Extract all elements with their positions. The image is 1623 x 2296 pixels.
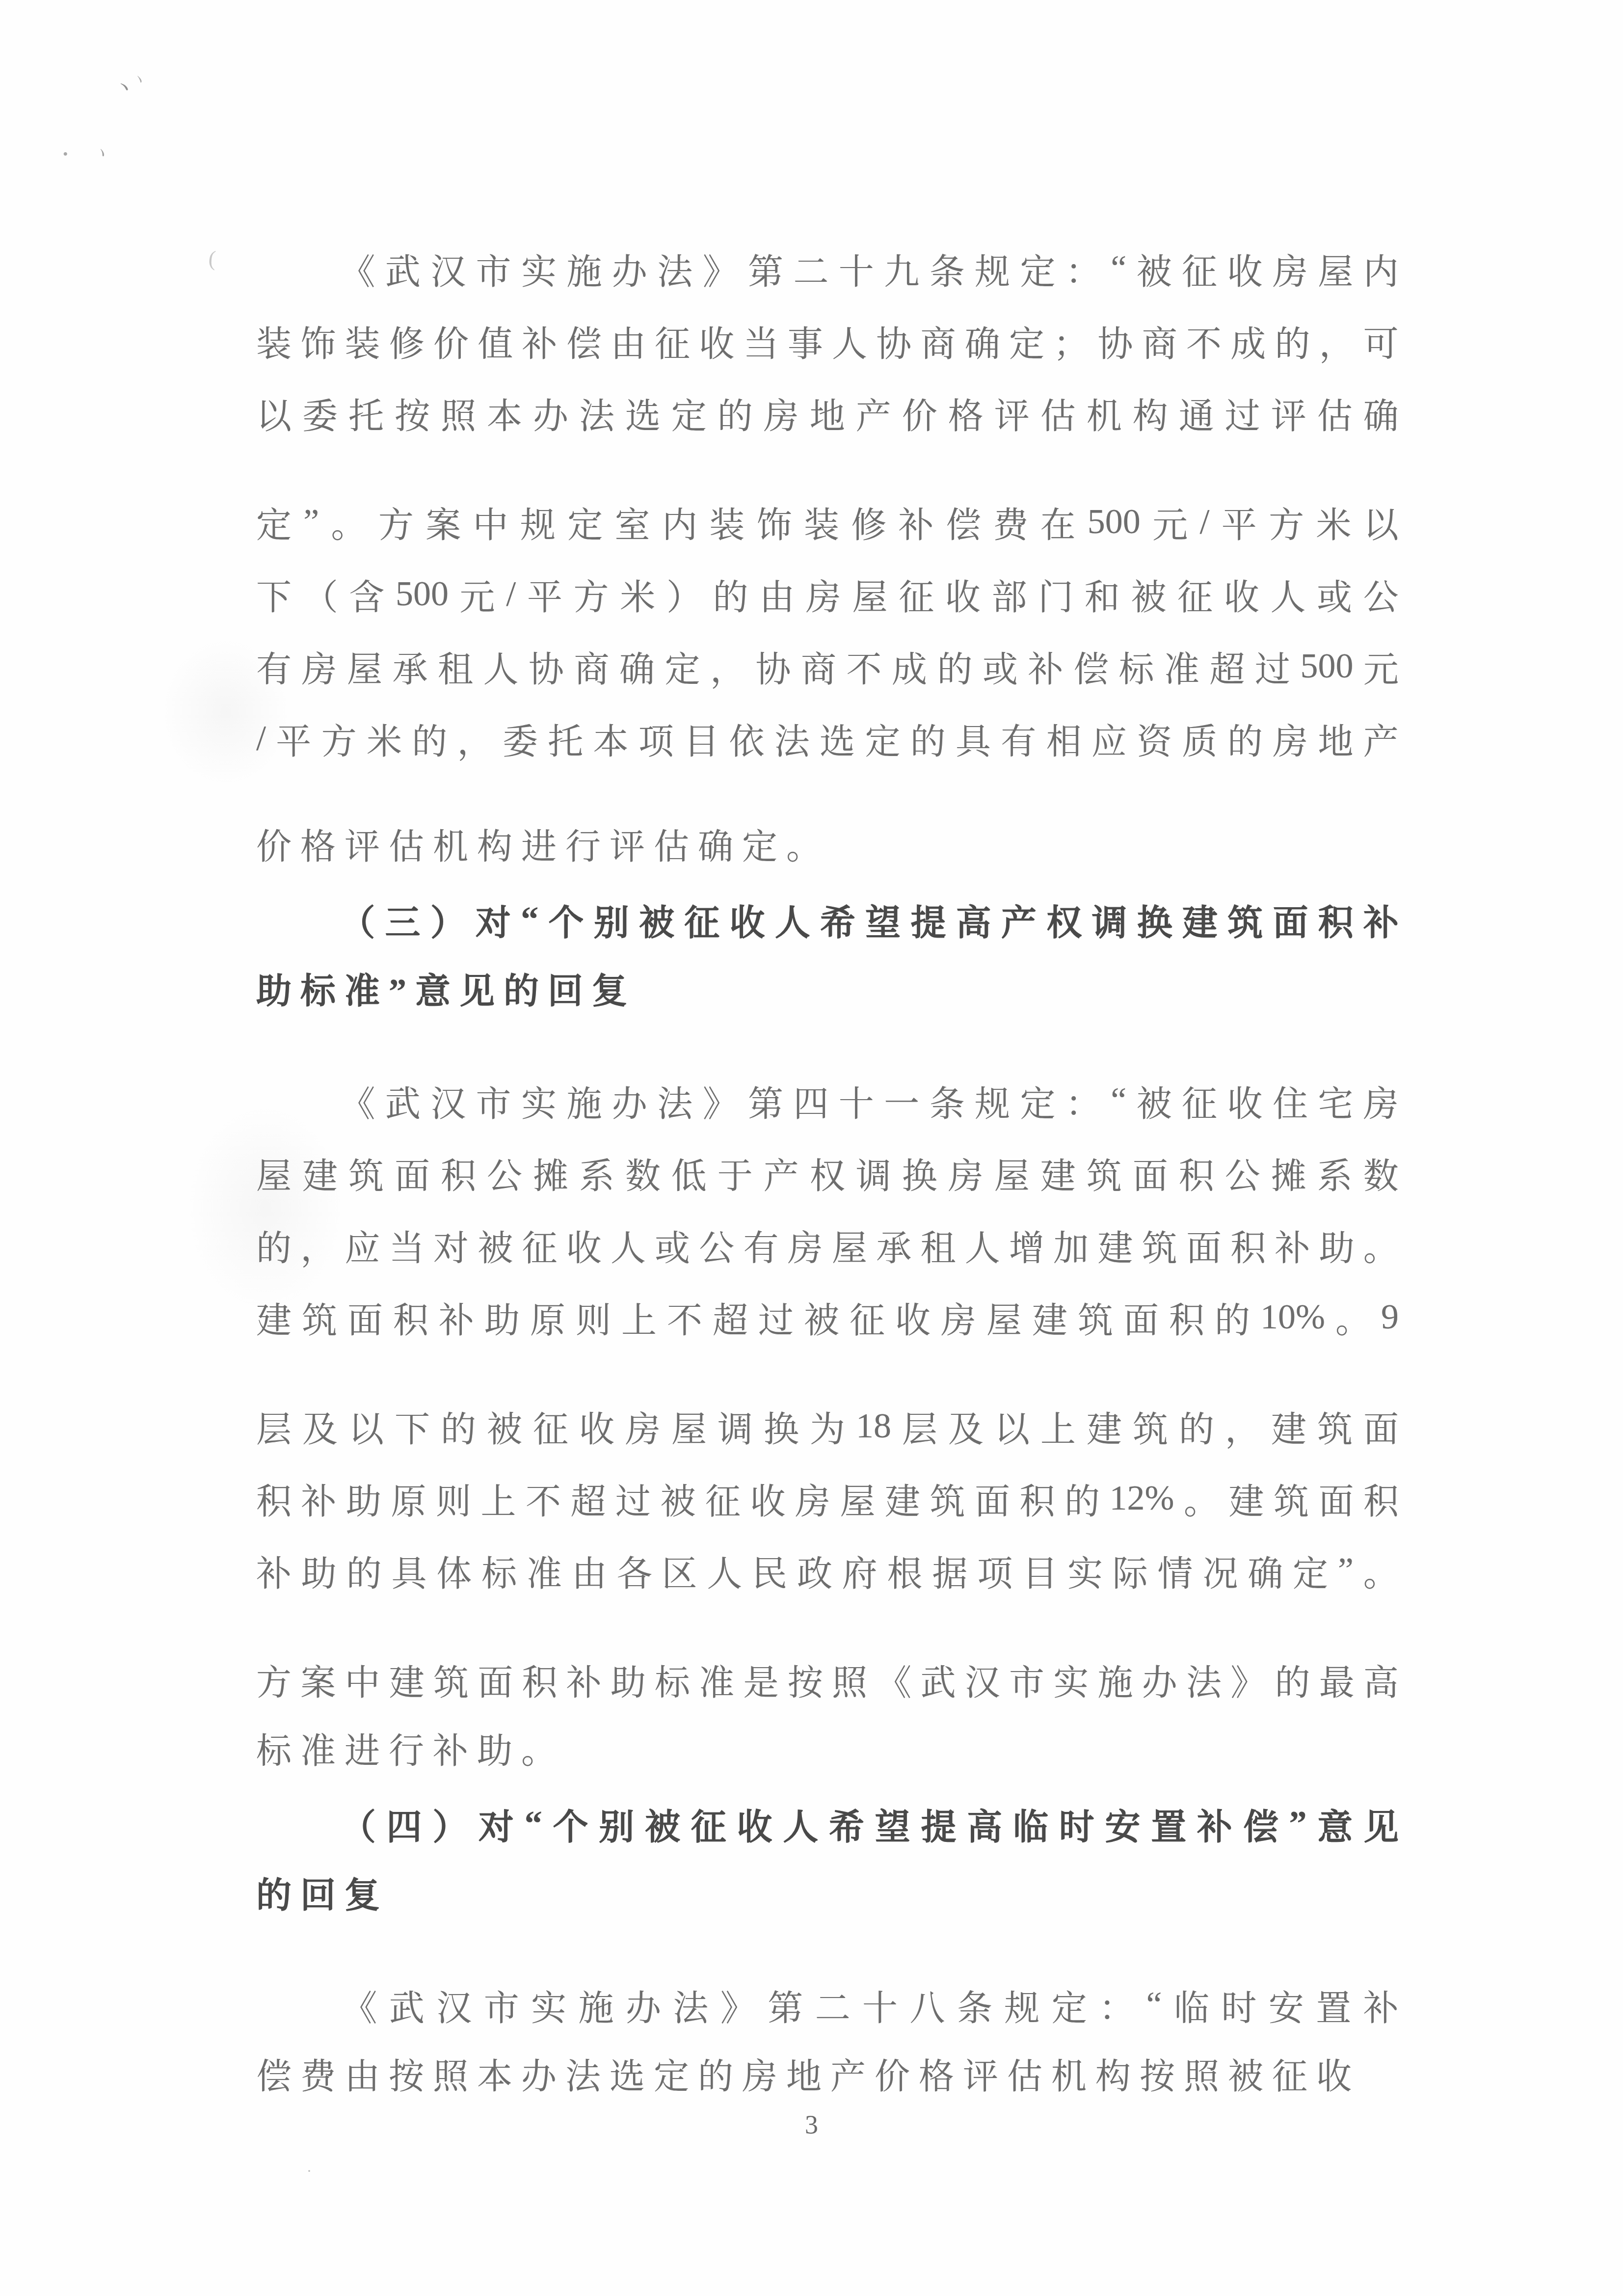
scan-speck: ヽ	[91, 143, 112, 164]
heading-line: （四）对“个别被征收人希望提高临时安置补偿”意见	[256, 1787, 1399, 1860]
heading-line: 的回复	[256, 1860, 1399, 1932]
scan-speck: (	[208, 248, 216, 270]
body-line: 建筑面积补助原则上不超过被征收房屋建筑面积的10%。9	[256, 1281, 1399, 1353]
scan-speck: •	[63, 147, 68, 162]
body-line: 以委托按照本办法选定的房地产价格评估机构通过评估确	[256, 377, 1399, 449]
body-line: 《武汉市实施办法》第四十一条规定：“被征收住宅房	[256, 1064, 1399, 1136]
body-line: 层及以下的被征收房屋调换为18层及以上建筑的，建筑面	[256, 1390, 1399, 1462]
body-line: 屋建筑面积公摊系数低于产权调换房屋建筑面积公摊系数	[256, 1136, 1399, 1209]
body-line: 《武汉市实施办法》第二十九条规定：“被征收房屋内	[256, 232, 1399, 304]
body-line: 的，应当对被征收人或公有房屋承租人增加建筑面积补助。	[256, 1209, 1399, 1281]
text-block: 《武汉市实施办法》第二十九条规定：“被征收房屋内装饰装修价值补偿由征收当事人协商…	[256, 232, 1399, 2113]
body-line: /平方米的，委托本项目依法选定的具有相应资质的房地产	[256, 702, 1399, 774]
body-line: 《武汉市实施办法》第二十八条规定：“临时安置补	[256, 1969, 1399, 2041]
body-line: 标准进行补助。	[256, 1715, 1399, 1787]
heading-line: （三）对“个别被征收人希望提高产权调换建筑面积补	[256, 883, 1399, 955]
body-line: 下（含500元/平方米）的由房屋征收部门和被征收人或公	[256, 558, 1399, 630]
body-line: 价格评估机构进行评估确定。	[256, 811, 1399, 883]
page-number: 3	[0, 2110, 1623, 2139]
body-line: 积补助原则上不超过被征收房屋建筑面积的12%。建筑面积	[256, 1462, 1399, 1534]
body-line: 偿费由按照本办法选定的房地产价格评估机构按照被征收	[256, 2041, 1399, 2113]
scan-speck: ·	[307, 2164, 312, 2179]
body-line: 有房屋承租人协商确定，协商不成的或补偿标准超过500元	[256, 630, 1399, 702]
heading-line: 助标准”意见的回复	[256, 955, 1399, 1027]
body-line: 方案中建筑面积补助标准是按照《武汉市实施办法》的最高	[256, 1643, 1399, 1715]
scan-speck: 丶	[130, 72, 148, 90]
scanned-document-page: ヽ 丶 • ヽ ( · 《武汉市实施办法》第二十九条规定：“被征收房屋内装饰装修…	[0, 0, 1623, 2296]
body-line: 补助的具体标准由各区人民政府根据项目实际情况确定”。	[256, 1534, 1399, 1606]
body-line: 装饰装修价值补偿由征收当事人协商确定；协商不成的，可	[256, 304, 1399, 377]
body-line: 定”。方案中规定室内装饰装修补偿费在500元/平方米以	[256, 486, 1399, 558]
